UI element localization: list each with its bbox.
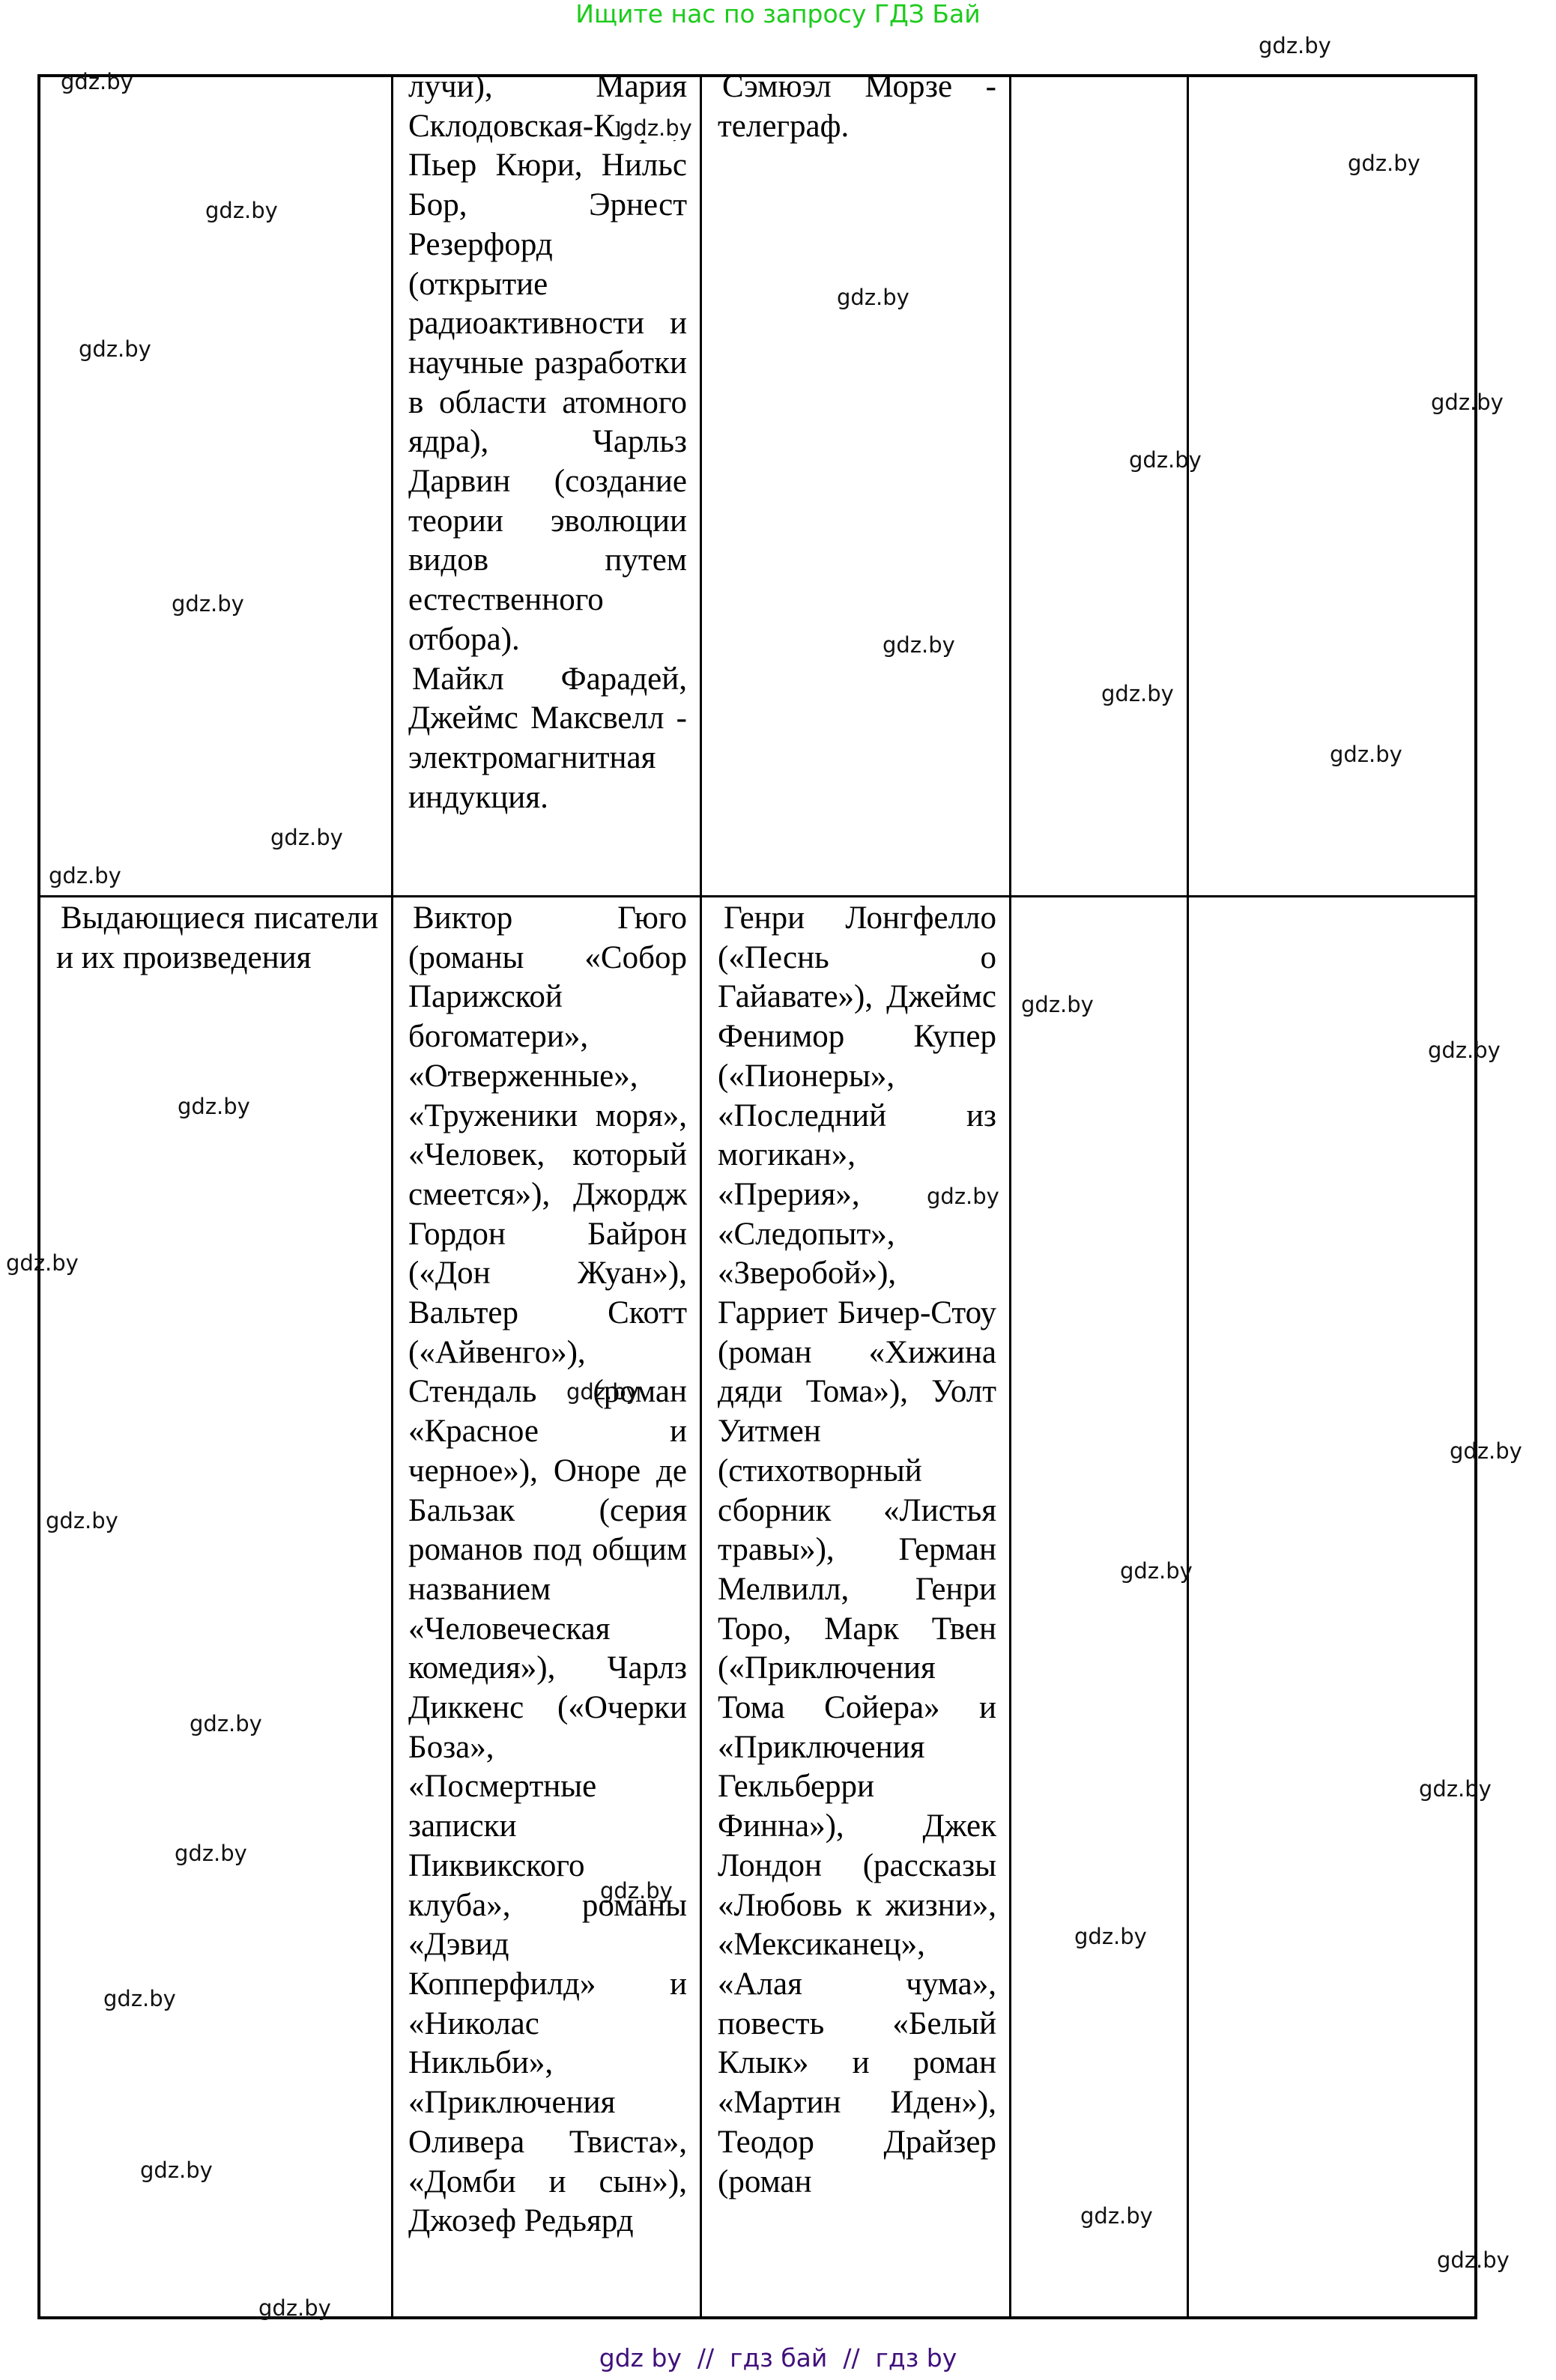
watermark: gdz.by bbox=[258, 2296, 331, 2320]
watermark: gdz.by bbox=[1129, 448, 1202, 472]
watermark: gdz.by bbox=[205, 199, 278, 222]
watermark: gdz.by bbox=[46, 1509, 118, 1533]
watermark: gdz.by bbox=[190, 1712, 262, 1736]
watermark: gdz.by bbox=[620, 116, 692, 140]
column-divider bbox=[391, 74, 393, 2319]
row2-col3-cell: Генри Лонгфелло («Песнь о Гайавате»), Дж… bbox=[718, 899, 996, 2316]
watermark: gdz.by bbox=[140, 2158, 213, 2182]
watermark: gdz.by bbox=[103, 1987, 176, 2011]
watermark: gdz.by bbox=[270, 826, 343, 850]
search-banner: Ищите нас по запросу ГДЗ Бай bbox=[0, 0, 1556, 30]
watermark: gdz.by bbox=[6, 1251, 79, 1275]
watermark: gdz.by bbox=[1021, 993, 1094, 1017]
watermark: gdz.by bbox=[1428, 1038, 1501, 1062]
row1-col3-cell: Сэмюэл Морзе - телеграф. bbox=[718, 67, 996, 894]
watermark: gdz.by bbox=[1259, 34, 1331, 58]
watermark: gdz.by bbox=[178, 1094, 250, 1118]
watermark: gdz.by bbox=[1437, 2248, 1510, 2272]
watermark: gdz.by bbox=[883, 633, 955, 657]
row1-col1-cell bbox=[54, 69, 378, 893]
scientists-paragraph: лучи), Мария Склодовская-Кюри, Пьер Кюри… bbox=[408, 67, 687, 660]
watermark: gdz.by bbox=[1419, 1777, 1492, 1801]
watermark: gdz.by bbox=[1101, 682, 1174, 706]
watermark: gdz.by bbox=[1330, 742, 1402, 766]
watermark: gdz.by bbox=[566, 1380, 639, 1404]
row1-col2-cell: лучи), Мария Склодовская-Кюри, Пьер Кюри… bbox=[408, 67, 687, 894]
row2-col5-cell bbox=[1202, 899, 1465, 2316]
column-divider bbox=[700, 74, 702, 2319]
row2-col4-cell bbox=[1025, 899, 1175, 2316]
watermark: gdz.by bbox=[49, 864, 121, 888]
european-writers-paragraph: Виктор Гюго (романы «Собор Парижской бог… bbox=[408, 899, 687, 2241]
watermark: gdz.by bbox=[1074, 1925, 1147, 1948]
watermark: gdz.by bbox=[79, 337, 151, 361]
footer-credits: gdz by // гдз бай // гдз by bbox=[0, 2342, 1556, 2375]
row1-col5-cell bbox=[1202, 67, 1465, 894]
watermark: gdz.by bbox=[1450, 1439, 1522, 1463]
column-divider bbox=[1009, 74, 1011, 2319]
watermark: gdz.by bbox=[837, 285, 909, 309]
column-divider bbox=[1187, 74, 1189, 2319]
watermark: gdz.by bbox=[1080, 2204, 1153, 2228]
watermark: gdz.by bbox=[175, 1841, 247, 1865]
row-divider bbox=[37, 895, 1477, 897]
faraday-paragraph: Майкл Фарадей, Джеймс Максвелл - электро… bbox=[408, 660, 687, 818]
watermark: gdz.by bbox=[1348, 151, 1420, 175]
watermark: gdz.by bbox=[1120, 1559, 1193, 1583]
row1-col4-cell bbox=[1025, 67, 1175, 894]
watermark: gdz.by bbox=[600, 1879, 673, 1903]
watermark: gdz.by bbox=[1431, 390, 1504, 414]
watermark: gdz.by bbox=[172, 592, 244, 616]
watermark: gdz.by bbox=[927, 1184, 999, 1208]
watermark: gdz.by bbox=[61, 70, 133, 94]
row2-col2-cell: Виктор Гюго (романы «Собор Парижской бог… bbox=[408, 899, 687, 2316]
